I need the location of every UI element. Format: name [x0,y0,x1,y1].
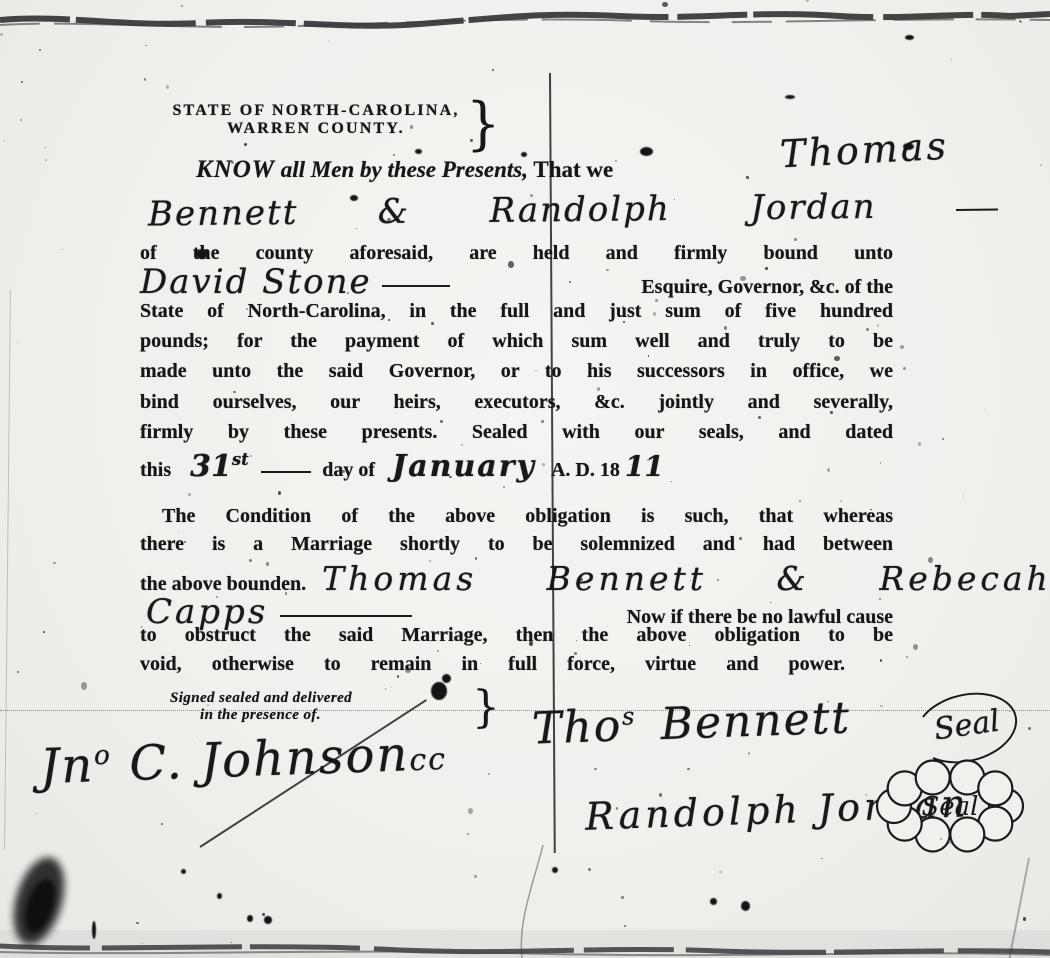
scan-speckle [39,49,41,51]
scan-speckle [136,922,139,924]
witness-prefix: Jn [39,737,95,795]
horizontal-fold-line [0,710,1050,711]
scan-speckle [913,644,918,650]
scan-speckle [799,500,801,502]
scan-speckle [746,176,749,179]
scan-speckle [900,345,904,349]
condition-line-1: The Condition of the above obligation is… [162,503,893,529]
flourish-dash [382,285,450,287]
scan-speckle [278,491,281,495]
scan-speckle [748,752,750,755]
ink-blot [710,898,717,905]
scan-speckle [53,562,56,564]
signature-witness: Jno C. Johnsoncc [39,725,448,795]
scan-speckle [43,631,45,633]
line-bind: bind ourselves, our heirs, executors, &c… [140,389,893,415]
scan-speckle [880,659,882,662]
ink-blot [264,916,272,924]
scan-speckle [985,409,986,410]
scan-speckle [963,495,964,497]
scan-speckle [161,823,163,825]
scan-speckle [385,688,386,690]
scan-speckle [827,468,830,472]
scan-speckle [4,140,5,142]
scan-speckle [903,367,906,370]
scan-speckle [467,833,469,835]
scan-speckle [62,249,63,250]
scan-speckle [503,486,505,488]
know-rest: all Men by these Presents, [281,157,528,182]
scan-speckle [20,119,22,121]
principal-name-3: Jordan [750,187,877,228]
scan-speckle [840,500,842,502]
scan-speckle [671,481,672,482]
scan-speckle [1040,164,1042,166]
scan-speckle [942,438,944,440]
scan-speckle [166,85,169,89]
sig1-prefix: Tho [531,700,623,754]
principal-name-1: Bennett [148,193,299,235]
attestation-brace: } [472,682,500,733]
line-state: State of North-Carolina, in the full and… [140,298,893,324]
scan-speckle [719,871,722,873]
attestation-block: Signed sealed and delivered in the prese… [170,690,352,724]
scan-speckle [615,160,617,162]
flourish-dash [956,209,998,211]
attestation-line-1: Signed sealed and delivered [170,690,352,707]
ampersand: & [378,192,411,232]
ink-blot [181,869,186,874]
ink-blot [741,901,750,911]
scan-speckle [17,671,19,673]
handwritten-governor-name: David Stone [140,262,372,302]
scan-speckle [81,682,87,690]
header-brace: } [466,90,500,156]
top-torn-edge [0,0,1050,34]
scan-speckle [488,773,490,775]
date-underline [261,471,311,473]
line-firmly: firmly by these presents. Sealed with ou… [140,419,893,445]
day-suffix: st [232,450,249,469]
date-this: this [140,459,171,481]
scan-speckle [1028,727,1031,730]
scan-speckle [821,858,823,859]
scan-speckle [262,913,265,916]
scan-speckle [648,355,649,357]
ink-blot [217,893,222,899]
document-header: STATE OF NORTH-CAROLINA, WARREN COUNTY. [166,102,466,138]
flourish-dash [280,615,412,617]
line-made: made unto the said Governor, or to his s… [140,358,893,384]
date-line: this 31st day of January A. D. 18 11 [140,447,664,483]
sig1-sup: s [621,702,636,730]
ink-blot [247,915,253,922]
scan-speckle [328,40,329,41]
handwritten-groom-first-name: Thomas [779,124,950,177]
scan-speckle [45,159,47,161]
line-esquire: Esquire, Governor, &c. of the [460,274,893,300]
scan-speckle [921,707,922,708]
scan-speckle [391,687,392,688]
scan-speckle [44,147,46,148]
witness-suffix: cc [409,742,448,778]
condition-line-2: there is a Marriage shortly to be solemn… [140,531,893,557]
principal-name-2: Randolph [489,189,671,231]
scan-speckle [621,896,624,899]
bottom-torn-edge [0,930,1050,958]
witness-rest: C. Johnson [128,726,410,792]
scan-speckle [393,154,395,156]
seal-2-cloud: Seal [872,758,1032,858]
marriage-bond-scan: STATE OF NORTH-CAROLINA, WARREN COUNTY. … [0,0,1050,958]
condition-line-5: to obstruct the said Marriage, then the … [140,622,893,648]
scan-speckle [492,69,494,71]
state-line: STATE OF NORTH-CAROLINA, [166,102,466,120]
date-day-of: day of [322,459,375,481]
condition-line-6: void, otherwise to remain in full force,… [140,651,845,677]
seal-2-text: Seal [921,792,978,822]
scan-speckle [1023,917,1026,921]
scan-speckle [145,45,147,46]
day-number: 31 [190,449,232,484]
scan-speckle [906,656,908,658]
ink-blot [785,95,795,99]
witness-sup: o [93,740,112,772]
ink-blot [905,35,914,40]
line-pounds: pounds; for the payment of which sum wel… [140,328,893,354]
scan-speckle [880,705,883,707]
date-anno: A. D. 18 [551,459,620,481]
county-line: WARREN COUNTY. [166,120,466,138]
ink-blot [415,149,422,154]
scan-speckle [17,342,18,343]
scan-speckle [474,875,477,878]
that-we: That we [533,157,613,182]
scan-speckle [951,59,952,60]
scan-speckle [880,462,881,464]
scan-speckle [624,925,626,927]
scan-speckle [468,808,473,814]
scan-speckle [594,768,597,770]
ink-blot [431,682,447,700]
know-word: KNOW [196,156,275,183]
handwritten-month: January [392,449,536,484]
scan-speckle [244,143,247,146]
handwritten-day-number: 31st [190,449,259,484]
handwritten-year-digits: 11 [625,450,664,483]
scan-speckle [877,324,879,327]
signature-principal-1: Thos Bennett [531,692,852,754]
sig1-surname: Bennett [660,692,852,750]
handwritten-principals-line: Bennett & Randolph Jordan [148,186,998,235]
scan-speckle [188,493,191,496]
left-edge-crease [4,290,11,850]
scan-speckle [36,813,37,814]
scan-speckle [687,768,690,770]
governor-line: David Stone Esquire, Governor, &c. of th… [140,262,893,302]
scan-speckle [21,81,23,83]
scan-speckle [588,868,591,871]
scan-speckle [144,78,146,81]
ink-blot [640,147,653,156]
scan-speckle [918,442,921,446]
